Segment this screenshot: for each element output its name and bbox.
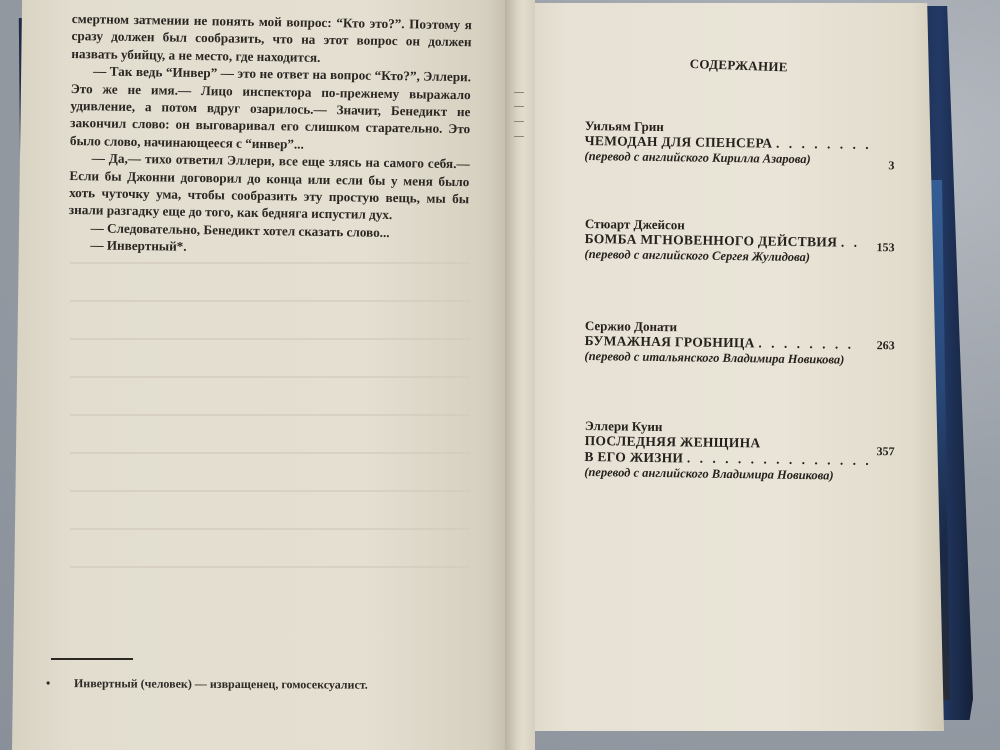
left-page-body: смертном затмении не понять мой вопрос: …	[68, 10, 472, 260]
footnote-text: Инвертный (человек) — извращенец, гомосе…	[74, 676, 368, 692]
toc-entry: Уильям Грин ЧЕМОДАН ДЛЯ СПЕНСЕРА . . . .…	[584, 118, 915, 169]
toc-heading: СОДЕРЖАНИЕ	[689, 56, 788, 75]
footnote-rule	[51, 658, 133, 660]
paragraph: смертном затмении не понять мой вопрос: …	[71, 10, 472, 68]
toc-page-number: 357	[876, 444, 894, 459]
binding-stitch	[514, 121, 524, 122]
binding-stitch	[514, 92, 524, 93]
show-through-line	[70, 414, 470, 416]
show-through-line	[70, 300, 470, 302]
binding-stitch	[514, 106, 524, 107]
footnote: •Инвертный (человек) — извращенец, гомос…	[46, 676, 368, 693]
toc-page-number: 153	[876, 240, 894, 255]
toc-page-number: 3	[888, 158, 894, 173]
binding-stitch	[514, 136, 524, 137]
show-through-line	[70, 376, 470, 378]
show-through-line	[70, 566, 470, 568]
show-through-line	[70, 490, 470, 492]
book-gutter	[505, 0, 535, 750]
toc-page-number: 263	[877, 338, 895, 353]
footnote-marker: •	[46, 676, 74, 691]
show-through-line	[70, 262, 470, 264]
show-through-line	[70, 338, 470, 340]
paragraph: — Да,— тихо ответил Эллери, все еще зляс…	[69, 149, 470, 225]
paragraph: — Так ведь “Инвер” — это не ответ на воп…	[70, 62, 471, 155]
toc-entry: Стюарт Джейсон БОМБА МГНОВЕННОГО ДЕЙСТВИ…	[584, 216, 915, 267]
toc-entry: Эллери Куин ПОСЛЕДНЯЯ ЖЕНЩИНА В ЕГО ЖИЗН…	[584, 418, 915, 485]
toc-entry: Сержио Донати БУМАЖНАЯ ГРОБНИЦА . . . . …	[584, 318, 915, 369]
show-through-line	[70, 452, 470, 454]
show-through-line	[70, 528, 470, 530]
